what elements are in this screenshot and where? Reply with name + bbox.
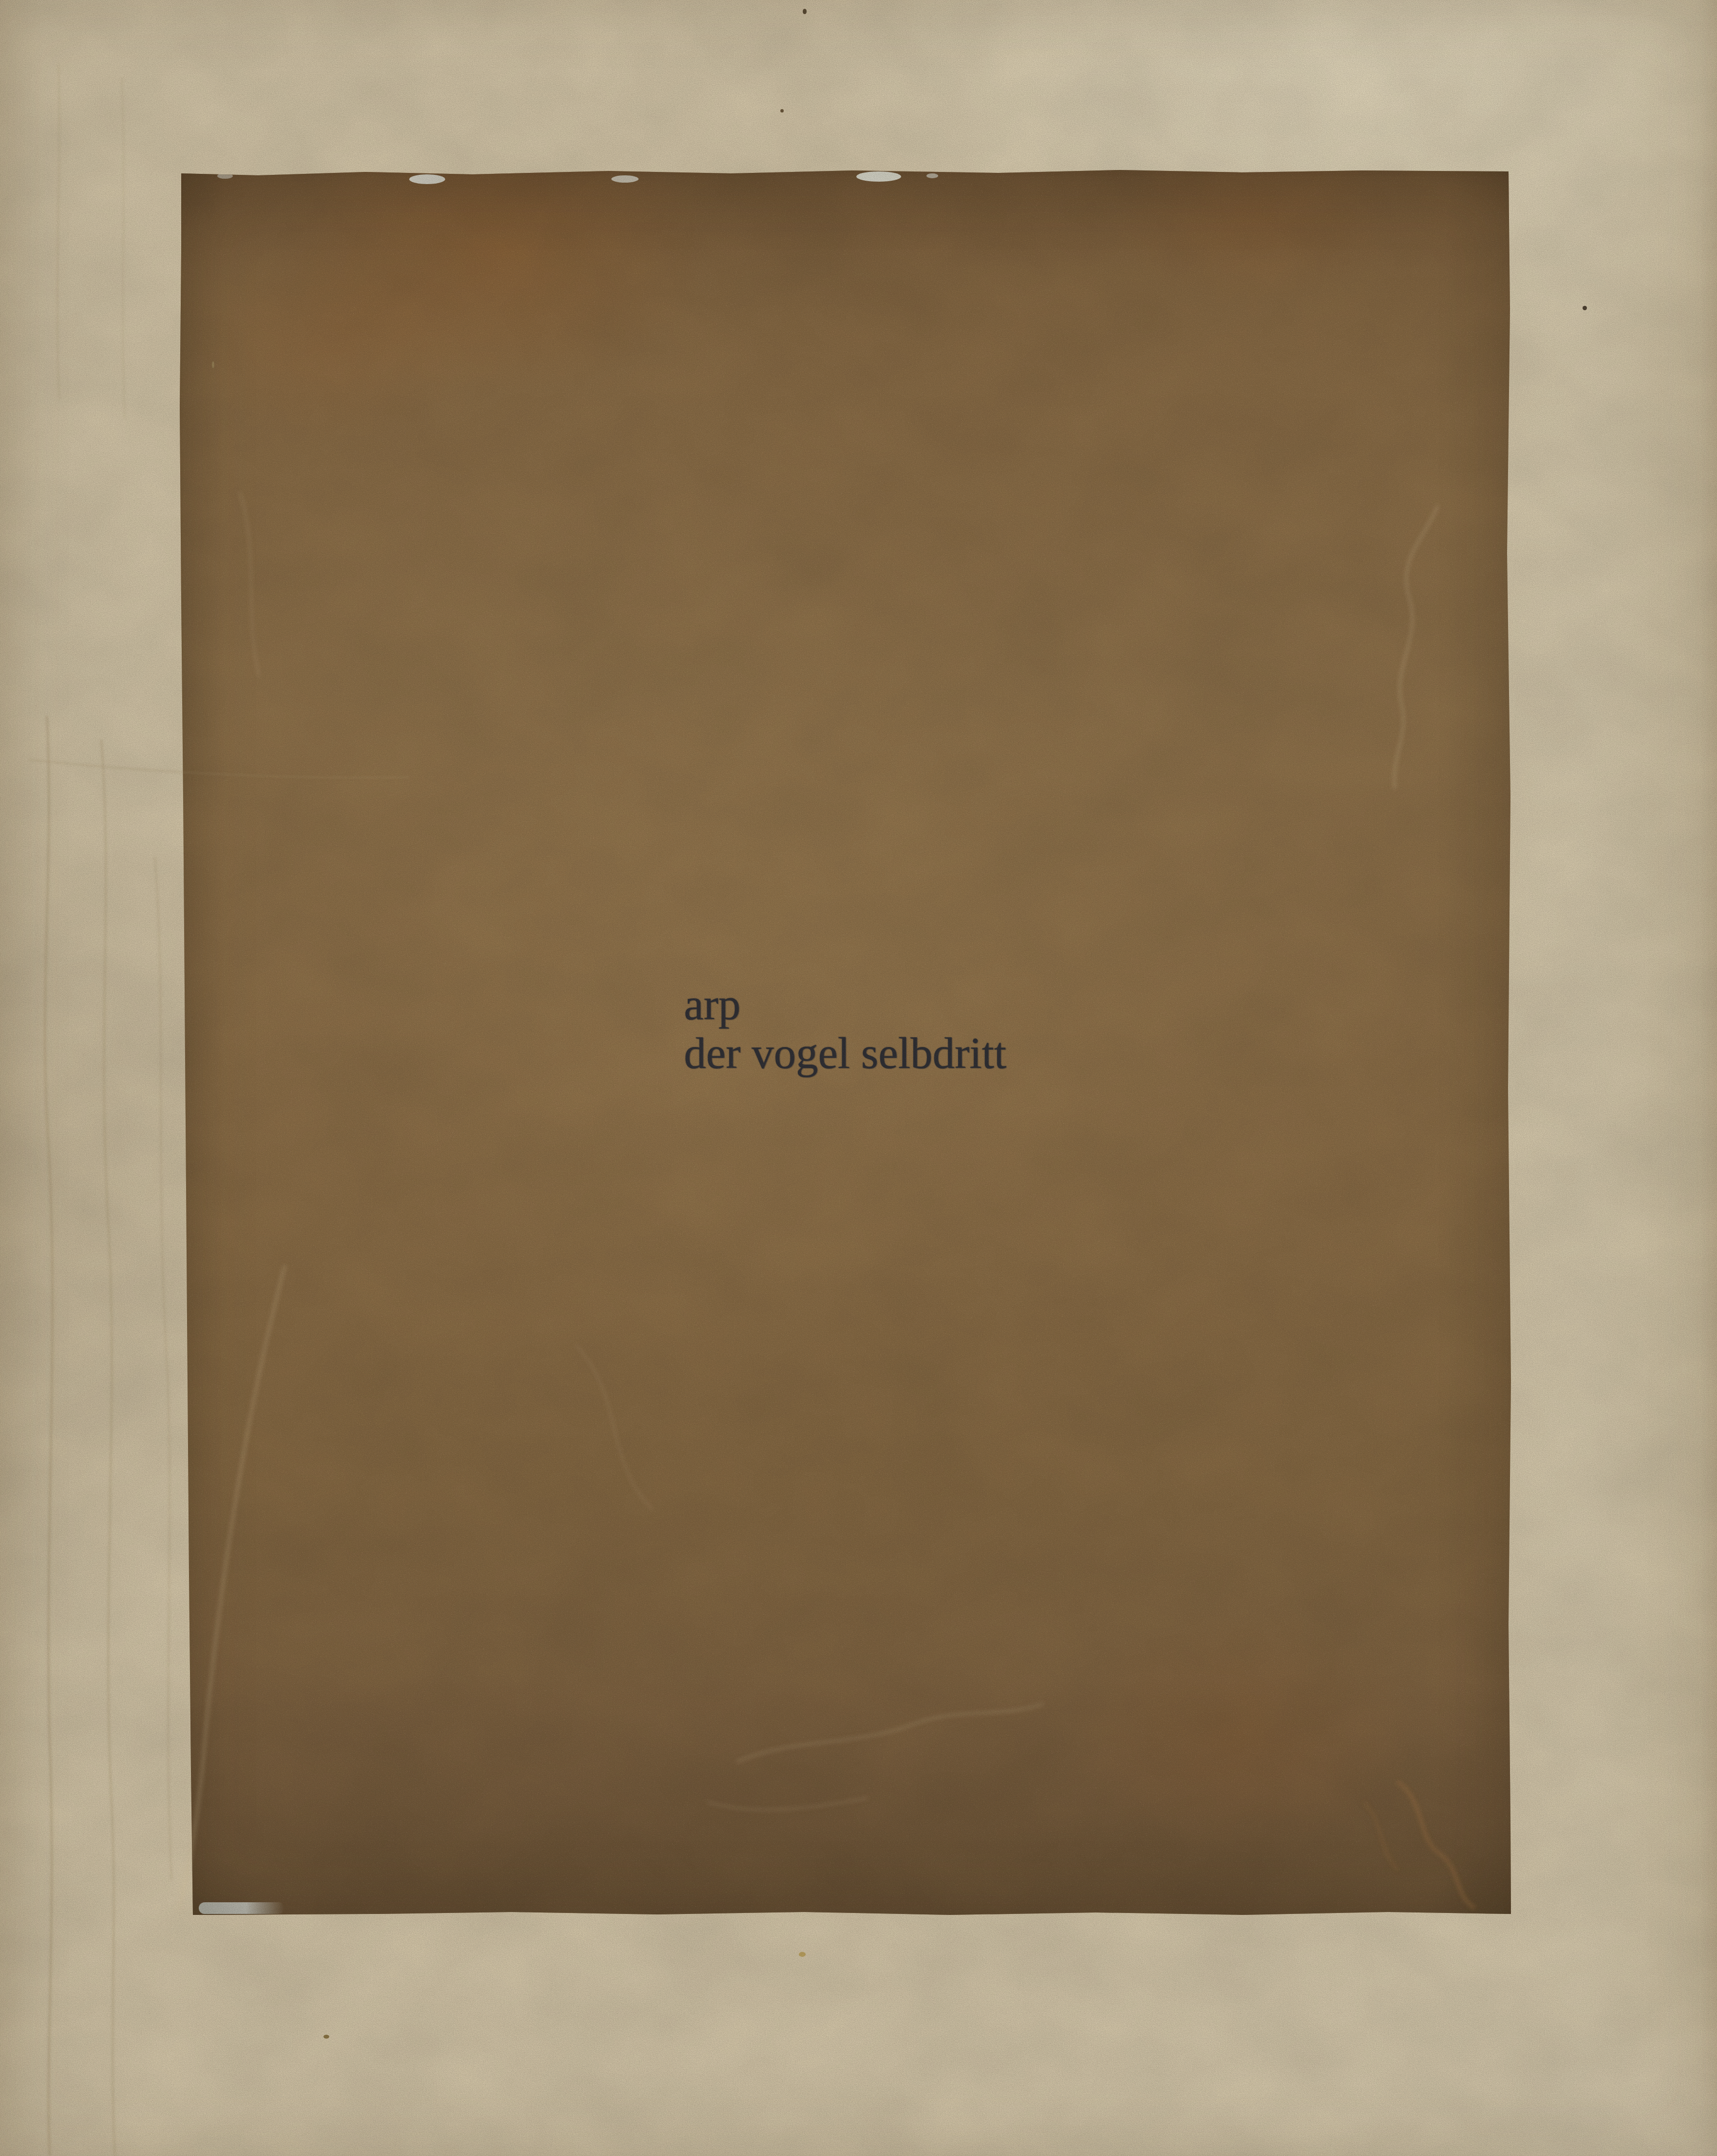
paper-flake-chip: [856, 171, 901, 182]
paper-speck: [323, 2035, 329, 2039]
paper-speck: [1583, 306, 1587, 310]
paper-speck: [799, 1952, 806, 1957]
cover-title: arp der vogel selbdritt: [684, 980, 1006, 1078]
scanned-page: arp der vogel selbdritt: [0, 0, 1717, 2156]
paper-speck: [780, 109, 784, 112]
paper-speck: [803, 9, 807, 14]
paper-speck: [212, 361, 214, 368]
paper-flake-chip: [926, 173, 938, 178]
paper-flake-chip: [611, 175, 639, 183]
scuff-mark: [199, 1902, 284, 1914]
cover-title-line-1: arp: [684, 980, 1006, 1029]
paper-flake-chip: [409, 174, 445, 184]
cover-title-line-2: der vogel selbdritt: [684, 1029, 1006, 1078]
